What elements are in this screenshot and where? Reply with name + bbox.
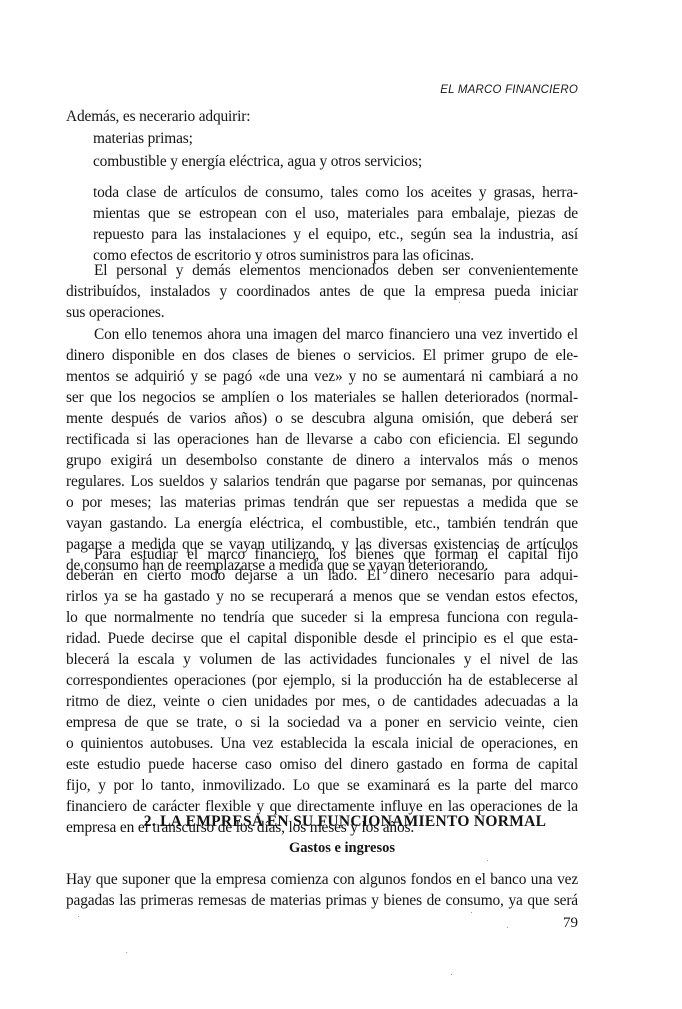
text-line: rirlos ya se ha gastado y no se recupera… <box>66 586 578 607</box>
text-line: vayan gastando. La energía eléctrica, el… <box>66 513 578 534</box>
scan-speck <box>451 974 452 975</box>
text-line: o por meses; las materias primas tendrán… <box>66 492 578 513</box>
paragraph: Con ello tenemos ahora una imagen del ma… <box>66 324 578 576</box>
page-number: 79 <box>563 915 578 932</box>
text-line: dinero disponible en dos clases de biene… <box>66 345 578 366</box>
text-line: correspondientes operaciones (por ejempl… <box>66 670 578 691</box>
text-line: Con ello tenemos ahora una imagen del ma… <box>66 324 578 345</box>
text-line: repuesto para las instalaciones y el equ… <box>93 224 578 245</box>
section-subheading: Gastos e ingresos <box>0 840 682 857</box>
text-line: ser que los negocios se amplíen o los ma… <box>66 387 578 408</box>
paragraph: Hay que suponer que la empresa comienza … <box>66 869 578 911</box>
text-line: blecerá la escala y volumen de las activ… <box>66 649 578 670</box>
running-head: EL MARCO FINANCIERO <box>440 84 578 96</box>
text-line: fijo, y por lo tanto, inmovilizado. Lo q… <box>66 775 578 796</box>
list-item: combustible y energía eléctrica, agua y … <box>66 151 578 172</box>
text-line: grupo exigirá un desembolso constante de… <box>66 450 578 471</box>
list-item: materias primas; <box>66 128 578 149</box>
list-item-text: materias primas; <box>93 128 578 149</box>
text-line: lo que normalmente no tendría que sucede… <box>66 607 578 628</box>
intro-block: Además, es necerario adquirir: materias … <box>66 106 578 266</box>
scan-speck <box>78 916 79 917</box>
text-line: toda clase de artículos de consumo, tale… <box>93 182 578 203</box>
text-line: o quinientos autobuses. Una vez establec… <box>66 733 578 754</box>
text-line: mentos se adquirió y se pagó «de una vez… <box>66 366 578 387</box>
text-line: Para estudiar el marco financiero, los b… <box>66 544 578 565</box>
paragraph: Para estudiar el marco financiero, los b… <box>66 544 578 838</box>
text-line: regulares. Los sueldos y salarios tendrá… <box>66 471 578 492</box>
text-line: rectificada si las operaciones han de ll… <box>66 429 578 450</box>
text-line: pagadas las primeras remesas de materias… <box>66 890 578 911</box>
text-line: sus operaciones. <box>66 302 578 323</box>
scan-speck <box>459 302 460 303</box>
section-heading: 2. LA EMPRESA EN SU FUNCIONAMIENTO NORMA… <box>0 813 682 831</box>
scan-speck <box>126 952 127 953</box>
text-line: mientas que se estropean con el uso, mat… <box>93 203 578 224</box>
scan-speck <box>487 860 488 861</box>
text-line: El personal y demás elementos mencionado… <box>66 260 578 281</box>
text-line: este estudio puede hacerse caso omiso de… <box>66 754 578 775</box>
text-line: empresa de que se trate, o si la socieda… <box>66 712 578 733</box>
text-line: ritmo de diez, veinte o cien unidades po… <box>66 691 578 712</box>
list-item: toda clase de artículos de consumo, tale… <box>66 182 578 266</box>
paragraph: El personal y demás elementos mencionado… <box>66 260 578 323</box>
text-line: ridad. Puede decirse que el capital disp… <box>66 628 578 649</box>
scan-speck <box>507 927 508 928</box>
text-line: distribuídos, instalados y coordinados a… <box>66 281 578 302</box>
text-line: mente después de varios años) o se descu… <box>66 408 578 429</box>
book-page: EL MARCO FINANCIERO Además, es necerario… <box>0 0 682 1009</box>
text-line: deberán en cierto modo dejarse a un lado… <box>66 565 578 586</box>
list-item-text: combustible y energía eléctrica, agua y … <box>93 151 578 172</box>
intro-lead: Además, es necerario adquirir: <box>66 106 578 127</box>
text-line: Hay que suponer que la empresa comienza … <box>66 869 578 890</box>
scan-speck <box>471 912 472 913</box>
